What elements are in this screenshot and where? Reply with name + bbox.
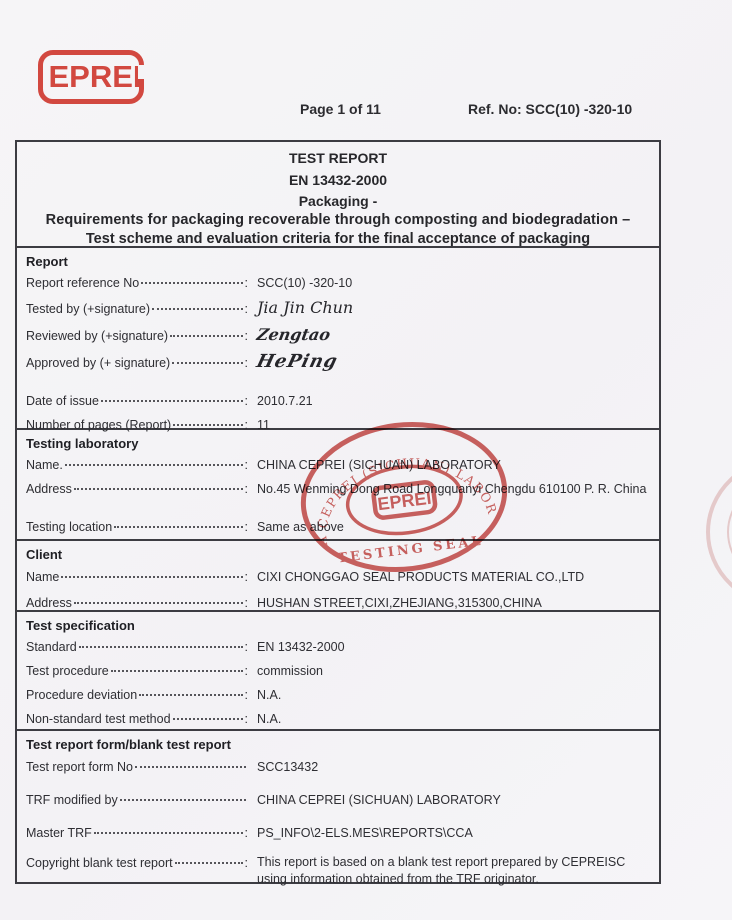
row-lab-address: Address: No.45 Wenming Dong Road Longqua… <box>26 477 651 501</box>
section-testing-laboratory: Testing laboratory Name.: CHINA CEPREI (… <box>17 430 659 541</box>
dot-leader <box>79 646 243 648</box>
row-test-report-form-no: Test report form No SCC13432 <box>26 754 651 780</box>
row-lab-name: Name.: CHINA CEPREI (SICHUAN) LABORATORY <box>26 453 651 477</box>
row-report-reference: Report reference No: SCC(10) -320-10 <box>26 271 651 295</box>
field-value: HUSHAN STREET,CIXI,ZHEJIANG,315300,CHINA <box>248 590 542 616</box>
eprei-logo: EPREI <box>38 50 144 104</box>
signature-approved-by: HePing <box>245 349 341 374</box>
dot-leader <box>152 308 242 310</box>
section-heading-client: Client <box>17 541 659 564</box>
field-label: Approved by (+ signature) <box>26 351 170 376</box>
dot-leader <box>65 464 243 466</box>
field-value: 11 <box>248 413 270 437</box>
field-label: Name. <box>26 453 63 477</box>
field-value: 2010.7.21 <box>248 389 313 413</box>
dot-leader <box>61 576 242 578</box>
field-label: Tested by (+signature) <box>26 297 150 322</box>
field-value: N.A. <box>248 683 281 707</box>
dot-leader <box>175 862 243 864</box>
partial-edge-stamp <box>686 452 732 612</box>
title-test-report: TEST REPORT <box>17 148 659 169</box>
dot-leader <box>74 488 243 490</box>
signature-tested-by: Jia Jin Chun <box>248 295 353 320</box>
field-value: N.A. <box>248 707 281 731</box>
ref-number: Ref. No: SCC(10) -320-10 <box>468 101 632 117</box>
field-label: Testing location <box>26 515 112 539</box>
title-standard: EN 13432-2000 <box>17 169 659 191</box>
row-standard: Standard: EN 13432-2000 <box>26 635 651 659</box>
dot-leader <box>172 362 242 364</box>
row-tested-by: Tested by (+signature): Jia Jin Chun <box>26 295 651 322</box>
field-label: Number of pages (Report) <box>26 413 171 437</box>
dot-leader <box>170 335 242 337</box>
row-master-trf: Master TRF: PS_INFO\2-ELS.MES\REPORTS\CC… <box>26 820 651 846</box>
field-value: SCC(10) -320-10 <box>248 271 352 295</box>
field-label: Standard <box>26 635 77 659</box>
dot-leader <box>139 694 242 696</box>
field-label: Date of issue <box>26 389 99 413</box>
title-block: TEST REPORT EN 13432-2000 Packaging - Re… <box>17 142 659 248</box>
field-label: Test procedure <box>26 659 109 683</box>
field-label: Name <box>26 564 59 590</box>
report-table: TEST REPORT EN 13432-2000 Packaging - Re… <box>15 140 661 884</box>
field-value: SCC13432 <box>248 754 318 780</box>
row-procedure-deviation: Procedure deviation: N.A. <box>26 683 651 707</box>
row-client-name: Name: CIXI CHONGGAO SEAL PRODUCTS MATERI… <box>26 564 651 590</box>
section-report: Report Report reference No: SCC(10) -320… <box>17 248 659 430</box>
dot-leader <box>111 670 243 672</box>
field-value: CIXI CHONGGAO SEAL PRODUCTS MATERIAL CO.… <box>248 564 584 590</box>
section-heading-test-report-form: Test report form/blank test report <box>17 731 659 754</box>
dot-leader <box>74 602 243 604</box>
section-client: Client Name: CIXI CHONGGAO SEAL PRODUCTS… <box>17 541 659 612</box>
field-label: Reviewed by (+signature) <box>26 324 168 349</box>
field-label: Master TRF <box>26 820 92 846</box>
dot-leader <box>94 832 243 834</box>
logo-border-gap <box>138 65 145 79</box>
page-number: Page 1 of 11 <box>300 101 381 117</box>
field-value: CHINA CEPREI (SICHUAN) LABORATORY <box>248 453 501 477</box>
dot-leader <box>120 799 246 801</box>
title-packaging: Packaging - <box>17 191 659 211</box>
row-trf-modified-by: TRF modified by CHINA CEPREI (SICHUAN) L… <box>26 787 651 813</box>
section-test-specification: Test specification Standard: EN 13432-20… <box>17 612 659 731</box>
signature-reviewed-by: Zengtao <box>246 322 333 347</box>
field-value: This report is based on a blank test rep… <box>248 854 651 888</box>
field-label: Copyright blank test report <box>26 855 173 872</box>
field-value: CHINA CEPREI (SICHUAN) LABORATORY <box>248 787 501 813</box>
field-label: Test report form No <box>26 754 133 780</box>
dot-leader <box>114 526 242 528</box>
field-value: commission <box>248 659 323 683</box>
field-value: No.45 Wenming Dong Road Longquanyi Cheng… <box>248 477 646 501</box>
dot-leader <box>173 718 243 720</box>
eprei-logo-text: EPREI <box>48 59 141 95</box>
row-non-standard-method: Non-standard test method: N.A. <box>26 707 651 731</box>
field-label: Report reference No <box>26 271 139 295</box>
row-testing-location: Testing location: Same as above <box>26 515 651 539</box>
field-label: Address <box>26 590 72 616</box>
field-label: Procedure deviation <box>26 683 137 707</box>
dot-leader <box>173 424 242 426</box>
field-value: PS_INFO\2-ELS.MES\REPORTS\CCA <box>248 820 473 846</box>
section-heading-report: Report <box>17 248 659 271</box>
field-label: Non-standard test method <box>26 707 171 731</box>
row-date-of-issue: Date of issue: 2010.7.21 <box>26 389 651 413</box>
dot-leader <box>141 282 242 284</box>
field-value: EN 13432-2000 <box>248 635 345 659</box>
row-approved-by: Approved by (+ signature): HePing <box>26 349 651 376</box>
field-label: Address <box>26 477 72 501</box>
scanned-document-page: EPREI Page 1 of 11 Ref. No: SCC(10) -320… <box>0 0 732 920</box>
field-value: Same as above <box>248 515 344 539</box>
row-reviewed-by: Reviewed by (+signature): Zengtao <box>26 322 651 349</box>
dot-leader <box>101 400 243 402</box>
row-test-procedure: Test procedure: commission <box>26 659 651 683</box>
field-label: TRF modified by <box>26 787 118 813</box>
section-test-report-form: Test report form/blank test report Test … <box>17 731 659 882</box>
title-requirements: Requirements for packaging recoverable t… <box>17 211 659 230</box>
row-copyright: Copyright blank test report: This report… <box>26 854 651 888</box>
dot-leader <box>135 766 246 768</box>
title-test-scheme: Test scheme and evaluation criteria for … <box>17 230 659 248</box>
